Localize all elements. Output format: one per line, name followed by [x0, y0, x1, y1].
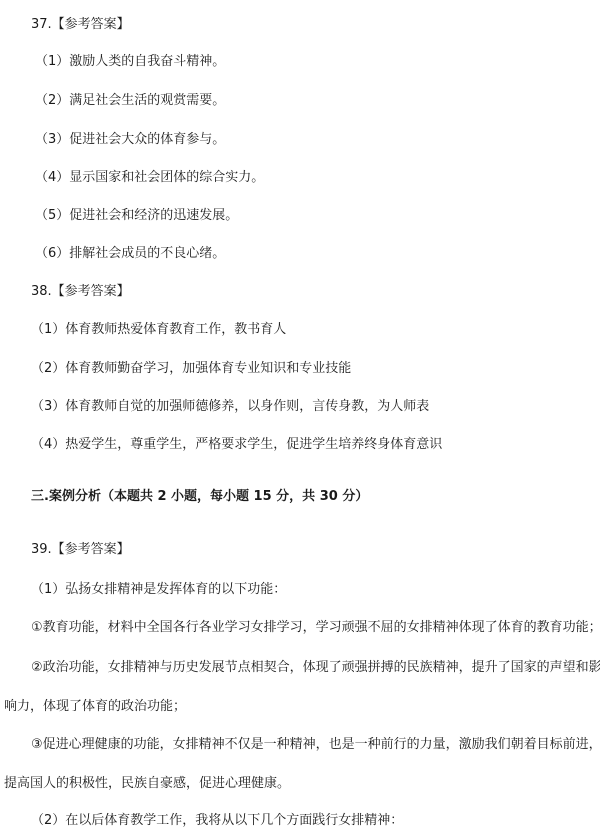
q38-item-1: （1）体育教师热爱体育教育工作，教书育人 [31, 322, 286, 338]
q38-item-3: （3）体育教师自觉的加强师德修养，以身作则，言传身教，为人师表 [31, 399, 429, 415]
section-3-title: 三.案例分析（本题共 2 小题，每小题 15 分，共 30 分） [31, 489, 368, 505]
q37-item-2: （2）满足社会生活的观赏需要。 [35, 93, 225, 109]
q39-part2-intro: （2）在以后体育教学工作，我将从以下几个方面践行女排精神： [31, 813, 403, 829]
q37-item-6: （6）排解社会成员的不良心绪。 [35, 246, 225, 262]
q38-heading: 38.【参考答案】 [31, 284, 130, 300]
q39-point-3-line-1: ③促进心理健康的功能，女排精神不仅是一种精神，也是一种前行的力量，激励我们朝着目… [31, 737, 600, 753]
q39-point-1: ①教育功能，材料中全国各行各业学习女排学习，学习顽强不屈的女排精神体现了体育的教… [31, 620, 600, 636]
q39-part1-intro: （1）弘扬女排精神是发挥体育的以下功能： [31, 582, 286, 598]
q39-point-2-line-2: 响力，体现了体育的政治功能； [4, 699, 186, 715]
q39-point-3-line-2: 提高国人的积极性，民族自豪感，促进心理健康。 [4, 776, 290, 792]
q38-item-2: （2）体育教师勤奋学习，加强体育专业知识和专业技能 [31, 361, 351, 377]
q39-point-2-line-1: ②政治功能，女排精神与历史发展节点相契合，体现了顽强拼搏的民族精神，提升了国家的… [31, 660, 600, 676]
q38-item-4: （4）热爱学生，尊重学生，严格要求学生，促进学生培养终身体育意识 [31, 437, 442, 453]
q37-item-5: （5）促进社会和经济的迅速发展。 [35, 208, 238, 224]
q39-heading: 39.【参考答案】 [31, 542, 130, 558]
q37-item-3: （3）促进社会大众的体育参与。 [35, 132, 225, 148]
q37-item-4: （4）显示国家和社会团体的综合实力。 [35, 170, 264, 186]
q37-item-1: （1）激励人类的自我奋斗精神。 [35, 54, 225, 70]
q37-heading: 37.【参考答案】 [31, 17, 130, 33]
